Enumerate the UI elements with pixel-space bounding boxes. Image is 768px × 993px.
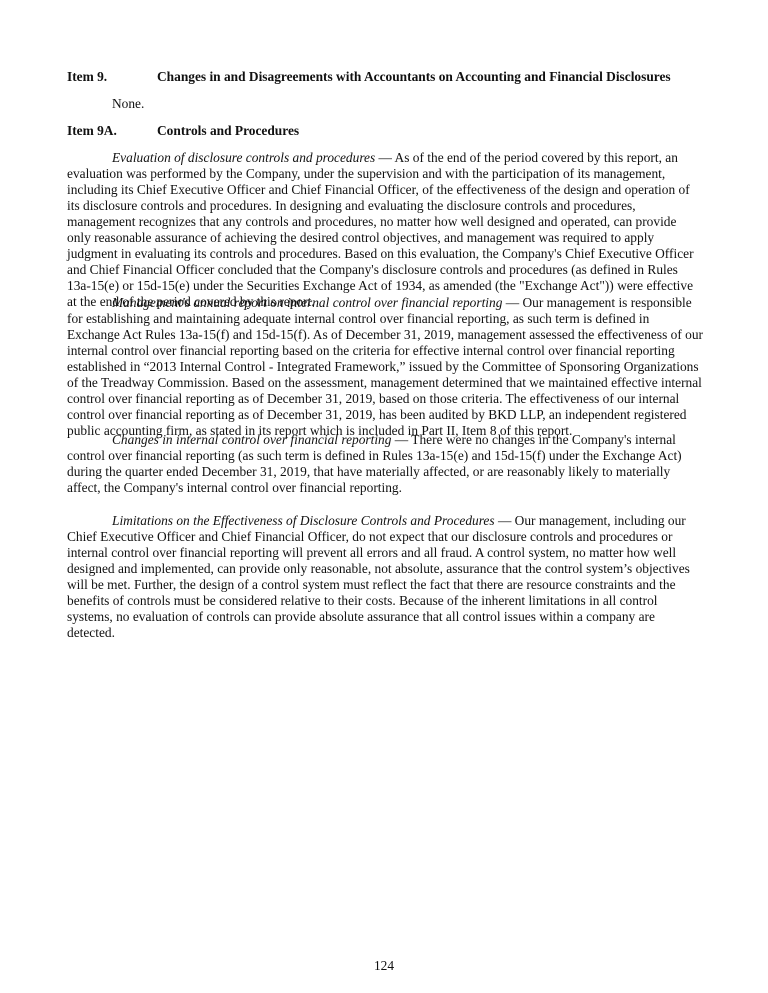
item-9a-number: Item 9A. — [67, 123, 157, 139]
paragraph-text: — Our management is responsible for esta… — [67, 295, 703, 438]
paragraph-text: — Our management, including our Chief Ex… — [67, 513, 690, 640]
paragraph-text: — As of the end of the period covered by… — [67, 150, 694, 309]
item-9a-title: Controls and Procedures — [157, 123, 299, 138]
paragraph-lead: Evaluation of disclosure controls and pr… — [112, 150, 375, 165]
paragraph-changes: Changes in internal control over financi… — [67, 432, 703, 496]
item-9-number: Item 9. — [67, 69, 157, 85]
paragraph-lead: Changes in internal control over financi… — [112, 432, 391, 447]
paragraph-management-report: Management's annual report on internal c… — [67, 295, 703, 439]
paragraph-evaluation: Evaluation of disclosure controls and pr… — [67, 150, 703, 310]
paragraph-lead: Management's annual report on internal c… — [112, 295, 502, 310]
item-9a-heading: Item 9A.Controls and Procedures — [67, 123, 299, 139]
item-9-body: None. — [112, 96, 144, 112]
item-9-heading: Item 9.Changes in and Disagreements with… — [67, 69, 671, 85]
item-9-title: Changes in and Disagreements with Accoun… — [157, 69, 671, 84]
paragraph-limitations: Limitations on the Effectiveness of Disc… — [67, 513, 703, 641]
page-number: 124 — [0, 958, 768, 974]
paragraph-lead: Limitations on the Effectiveness of Disc… — [112, 513, 495, 528]
